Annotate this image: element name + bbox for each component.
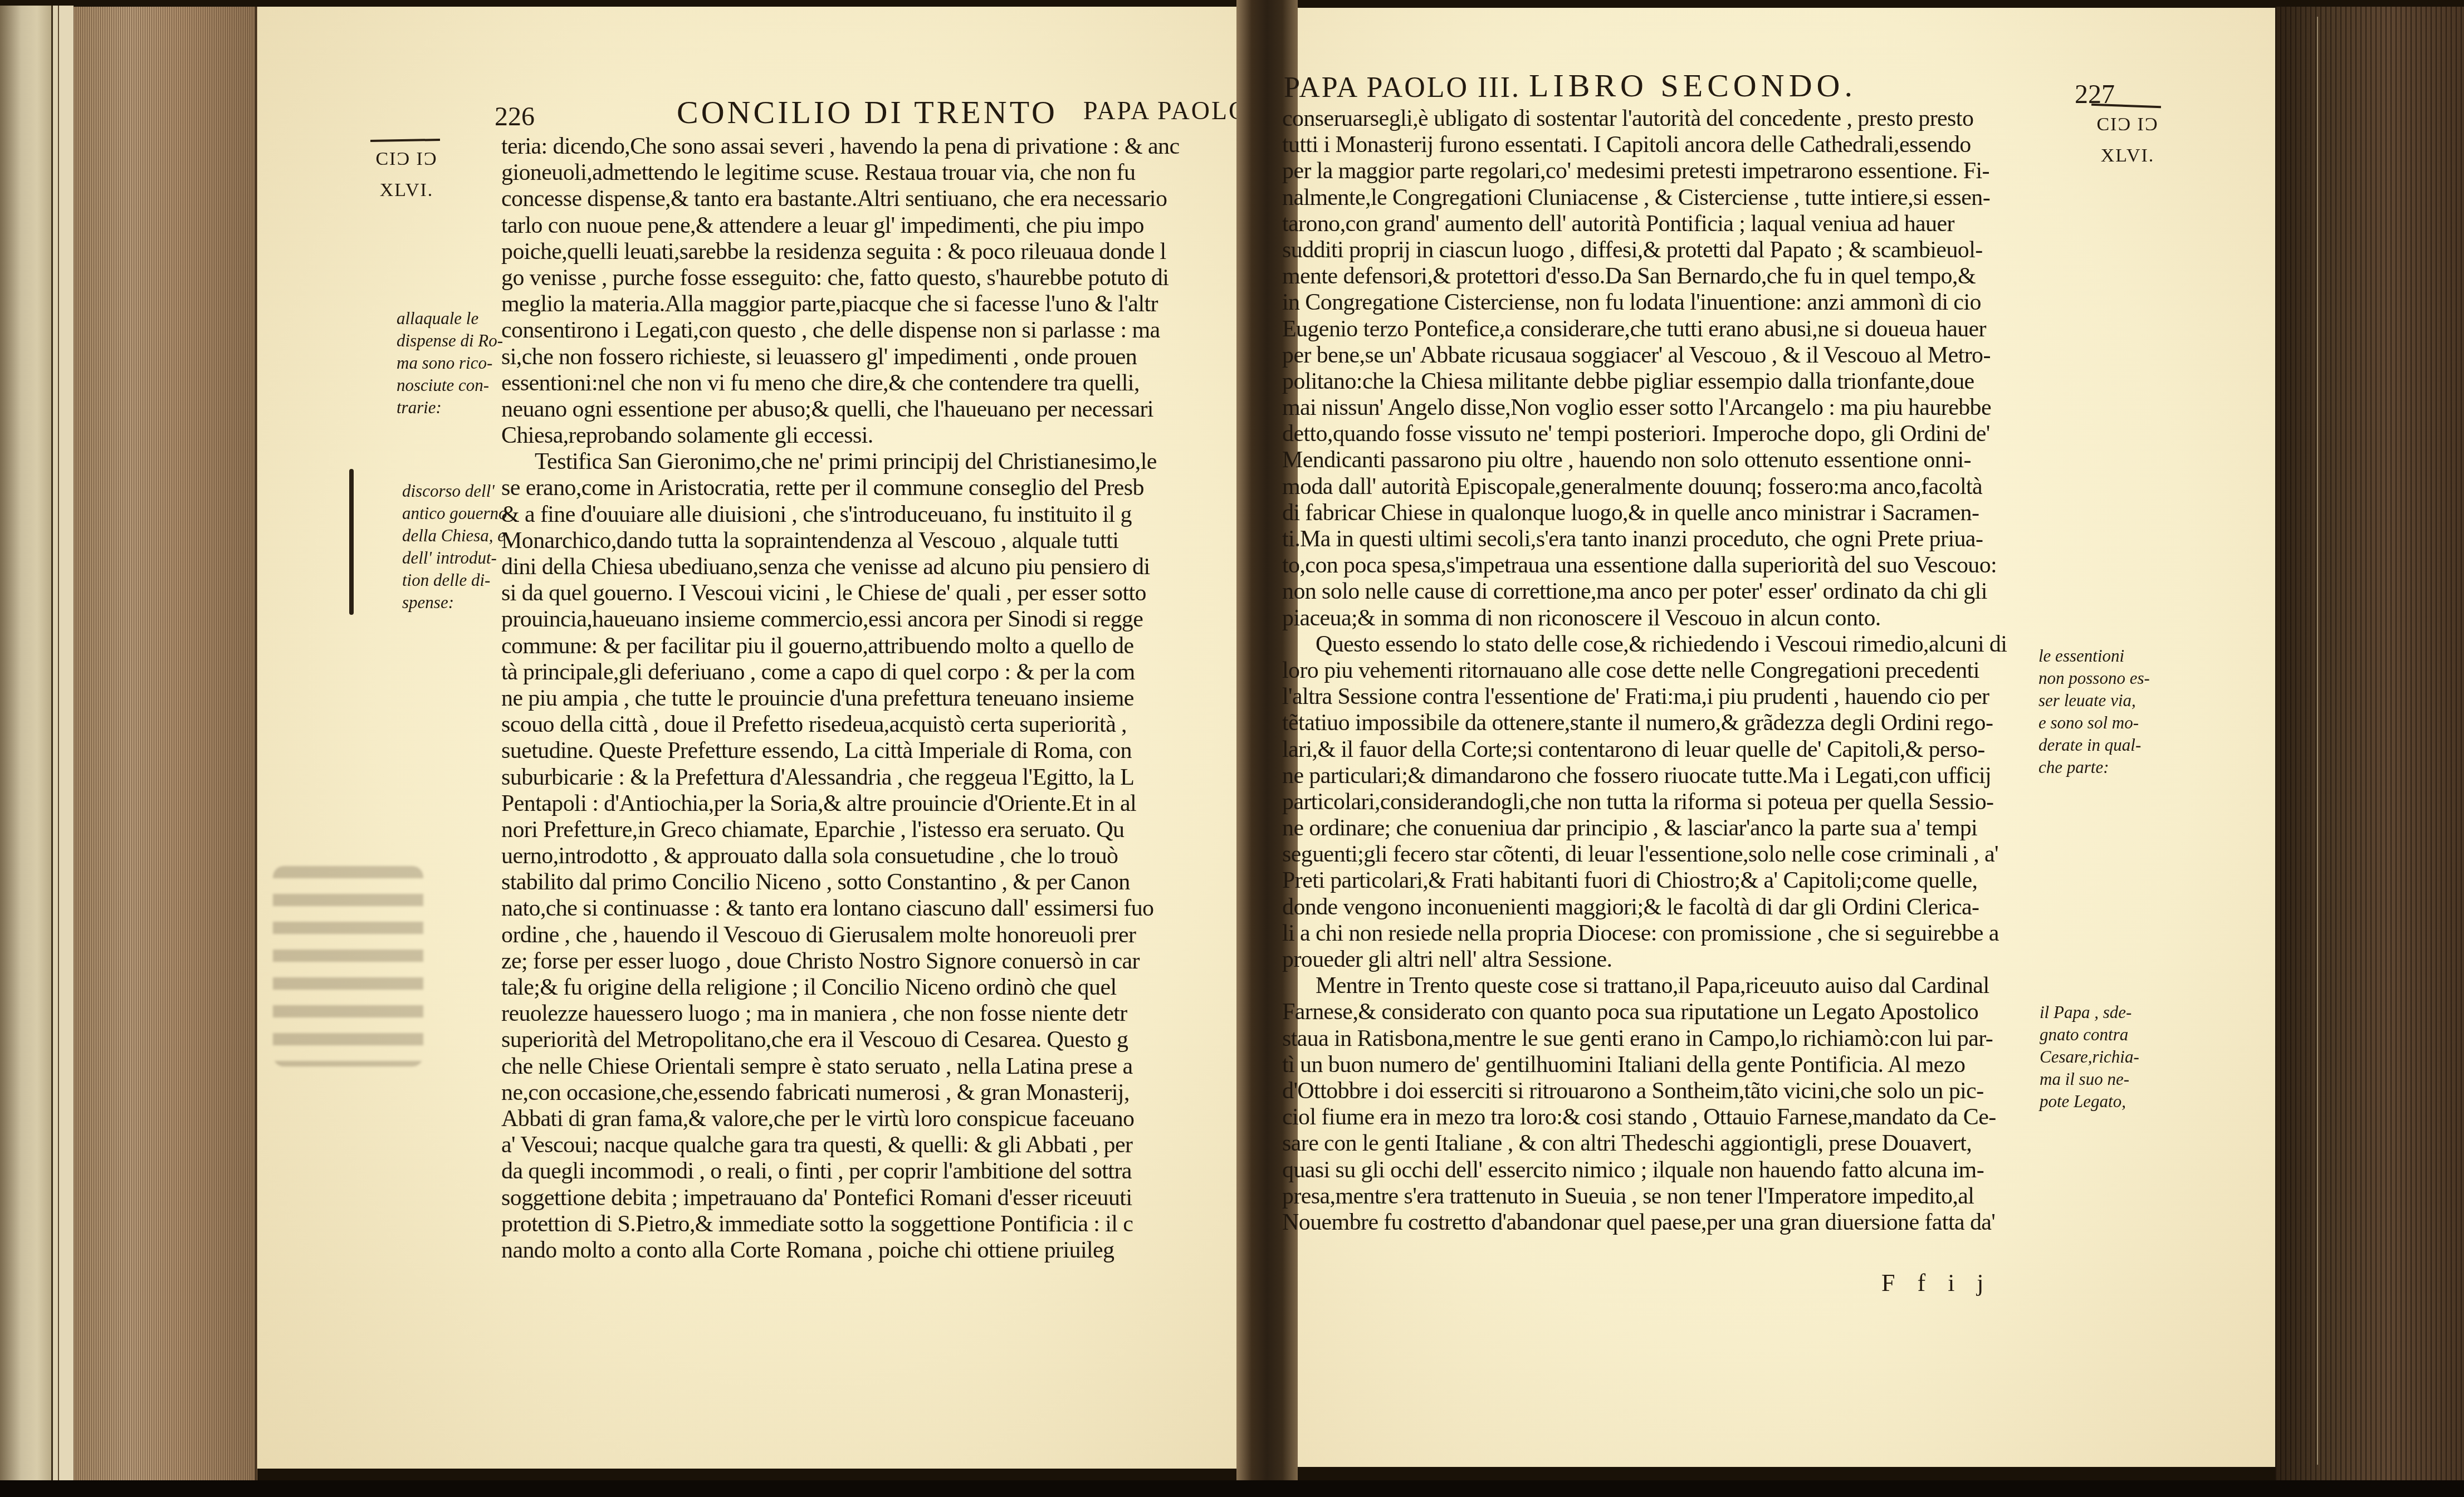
text-line: superiorità del Metropolitano,che era il…	[501, 1027, 1238, 1053]
signature-number: ij	[1948, 1269, 2006, 1297]
right-body-text: conseruarsegli,è ubligato di sostentar l…	[1282, 106, 2046, 1236]
text-line: & a fine d'ouuiare alle diuisioni , che …	[501, 502, 1238, 528]
text-line: si,che non fossero richieste, si leuasse…	[501, 344, 1238, 370]
text-line: Testifica San Gieronimo,che ne' primi pr…	[501, 449, 1238, 475]
book-cover-left-rim	[51, 6, 74, 1487]
text-line: conseruarsegli,è ubligato di sostentar l…	[1282, 106, 2046, 132]
text-line: tarlo con nuoue pene,& attendere a leuar…	[501, 213, 1238, 239]
text-line: l'altra Sessione contra l'essentione de'…	[1282, 684, 2046, 710]
text-line: Mendicanti passarono piu oltre , hauendo…	[1282, 447, 2046, 473]
sidenote-line: ma il suo ne-	[2040, 1068, 2139, 1090]
text-line: go venisse , purche fosse esseguito: che…	[501, 265, 1238, 291]
left-folio: 226	[495, 101, 535, 132]
text-line: stabilito dal primo Concilio Niceno , so…	[501, 869, 1238, 896]
text-line: ze; forse per esser luogo , doue Christo…	[501, 948, 1238, 975]
text-line: meglio la materia.Alla maggior parte,pia…	[501, 291, 1238, 317]
left-running-head-title: CONCILIO DI TRENTO	[677, 94, 1058, 131]
sidenote-line: ser leuate via,	[2038, 689, 2150, 712]
sidenote-line: il Papa , sde-	[2040, 1001, 2139, 1024]
text-line: soggettione debita ; impetrauano da' Pon…	[501, 1185, 1238, 1211]
text-line: scouo della città , doue il Prefetto ris…	[501, 712, 1238, 738]
text-line: a' Vescoui; nacque qualche gara tra ques…	[501, 1132, 1238, 1158]
fore-edge-right-highlight	[2317, 17, 2318, 1465]
sidenote-line: non possono es-	[2038, 667, 2150, 689]
text-line: Eugenio terzo Pontefice,a considerare,ch…	[1282, 316, 2046, 343]
text-line: sare con le genti Italiane , & con altri…	[1282, 1131, 2046, 1157]
right-sidenote-papa-sdegnato: il Papa , sde-gnato contraCesare,richia-…	[2040, 1001, 2139, 1113]
year-roman-line-1: CIƆ IƆ	[368, 144, 446, 175]
sidenote-line: Cesare,richia-	[2040, 1046, 2139, 1068]
sidenote-line: e sono sol mo-	[2038, 712, 2150, 734]
text-line: Preti particolari,& Frati habitanti fuor…	[1282, 868, 2046, 894]
text-line: in Congregatione Cisterciense, non fu lo…	[1282, 290, 2046, 316]
text-line: tì un buon numero de' gentilhuomini Ital…	[1282, 1052, 2046, 1078]
signature-letters: Ff	[1881, 1269, 1948, 1297]
text-line: politano:che la Chiesa militante debbe p…	[1282, 369, 2046, 395]
text-line: nalmente,le Congregationi Cluniacense , …	[1282, 185, 2046, 211]
text-line: sudditi proprij in ciascun luogo , diffe…	[1282, 237, 2046, 263]
left-margin-year: CIƆ IƆ XLVI.	[368, 144, 446, 206]
text-line: concesse dispense,& tanto era bastante.A…	[501, 186, 1238, 212]
right-sidenote-essentioni: le essentioninon possono es-ser leuate v…	[2038, 645, 2150, 779]
text-line: commune: & per facilitar piu il gouerno,…	[501, 633, 1238, 659]
fore-edge-left	[74, 7, 257, 1483]
text-line: li a chi non resiede nella propria Dioce…	[1282, 921, 2046, 947]
year-roman-line-2: XLVI.	[2086, 140, 2169, 172]
left-body-text: teria: dicendo,Che sono assai severi , h…	[501, 134, 1238, 1264]
ink-offset-smudge	[273, 866, 423, 1067]
fore-edge-right	[2275, 7, 2464, 1488]
signature-mark: Ffij	[1881, 1269, 2006, 1297]
text-line: particolari,considerandogli,che non tutt…	[1282, 789, 2046, 815]
text-line: proueder gli altri nell' altra Sessione.	[1282, 947, 2046, 973]
sidenote-line: spense:	[402, 591, 507, 614]
text-line: d'Ottobbre i doi esserciti si ritrouaron…	[1282, 1078, 2046, 1104]
left-sidenote-dispense: allaquale ledispense di Ro-ma sono rico-…	[397, 307, 503, 419]
text-line: essentioni:nel che non vi fu meno che di…	[501, 370, 1238, 397]
sidenote-line: le essentioni	[2038, 645, 2150, 667]
text-line: seguenti;gli fecero star cõtenti, di leu…	[1282, 842, 2046, 868]
sidenote-line: gnato contra	[2040, 1024, 2139, 1046]
text-line: nato,che si continuasse : & tanto era lo…	[501, 896, 1238, 922]
text-line: Monarchico,dando tutta la sopraintendenz…	[501, 528, 1238, 554]
text-line: se erano,come in Aristocratia, rette per…	[501, 475, 1238, 501]
text-line: che nelle Chiese Orientali sempre è stat…	[501, 1054, 1238, 1080]
text-line: Abbati di gran fama,& valore,che per le …	[501, 1106, 1238, 1132]
text-line: gioneuoli,admettendo le legitime scuse. …	[501, 160, 1238, 186]
text-line: ti.Ma in questi ultimi secoli,s'era tant…	[1282, 526, 2046, 552]
left-sidenote-governo: discorso dell'antico gouernodella Chiesa…	[402, 480, 507, 614]
text-line: ne particulari;& dimandarono che fossero…	[1282, 763, 2046, 789]
text-line: loro piu vehementi ritornauano alle cose…	[1282, 658, 2046, 684]
text-line: si da quel gouerno. I Vescoui vicini , l…	[501, 580, 1238, 606]
text-line: poiche,quelli leuati,sarebbe la residenz…	[501, 239, 1238, 265]
sidenote-line: allaquale le	[397, 307, 503, 330]
sidenote-line: derate in qual-	[2038, 734, 2150, 756]
manuscript-marking-bar	[349, 469, 354, 615]
sidenote-line: antico gouerno	[402, 502, 507, 525]
text-line: ne ordinare; che conueniua dar principio…	[1282, 815, 2046, 842]
text-line: dini della Chiesa ubediuano,senza che ve…	[501, 554, 1238, 580]
text-line: nori Prefetture,in Greco chiamate, Eparc…	[501, 817, 1238, 843]
text-line: consentirono i Legati,con questo , che d…	[501, 317, 1238, 344]
text-line: tale;& fu origine della religione ; il C…	[501, 975, 1238, 1001]
sidenote-line: ma sono rico-	[397, 352, 503, 374]
text-line: quasi su gli occhi dell' essercito nimic…	[1282, 1157, 2046, 1183]
sidenote-line: che parte:	[2038, 756, 2150, 779]
text-line: suetudine. Queste Prefetture essendo, La…	[501, 738, 1238, 764]
right-running-head-title: LIBRO SECONDO.	[1529, 67, 1857, 104]
text-line: da quegli incommodi , o reali, o finti ,…	[501, 1158, 1238, 1185]
left-running-head-pope: PAPA PAOLO	[1083, 96, 1236, 125]
text-line: teria: dicendo,Che sono assai severi , h…	[501, 134, 1238, 160]
text-line: Questo essendo lo stato delle cose,& ric…	[1282, 632, 2046, 658]
text-line: per la maggior parte regolari,co' medesi…	[1282, 158, 2046, 184]
text-line: ne piu ampia , che tutte le prouincie d'…	[501, 686, 1238, 712]
text-line: nando molto a conto alla Corte Romana , …	[501, 1237, 1238, 1264]
text-line: non solo nelle cause di correttione,ma a…	[1282, 579, 2046, 605]
text-line: Pentapoli : d'Antiochia,per la Soria,& a…	[501, 791, 1238, 817]
text-line: prouincia,haueuano insieme commercio,ess…	[501, 606, 1238, 633]
text-line: ne,con occasione,che,essendo fabricati n…	[501, 1080, 1238, 1106]
bottom-shadow	[0, 1480, 2464, 1497]
text-line: protettion di S.Pietro,& immediate sotto…	[501, 1211, 1238, 1237]
sidenote-line: nosciute con-	[397, 374, 503, 397]
sidenote-line: della Chiesa, e	[402, 525, 507, 547]
text-line: uerno,introdotto , & approuato dalla sol…	[501, 843, 1238, 869]
right-margin-year: CIƆ IƆ XLVI.	[2086, 109, 2169, 172]
sidenote-line: dell' introdut-	[402, 547, 507, 569]
right-running-head-pope: PAPA PAOLO III.	[1284, 71, 1521, 104]
sidenote-line: dispense di Ro-	[397, 330, 503, 352]
text-line: presa,mentre s'era trattenuto in Sueuia …	[1282, 1183, 2046, 1210]
text-line: neuano ogni essentione per abuso;& quell…	[501, 397, 1238, 423]
text-line: Chiesa,reprobando solamente gli eccessi.	[501, 423, 1238, 449]
text-line: di fabricar Chiese in qualonque luogo,& …	[1282, 500, 2046, 526]
text-line: mente defensori,& protettori d'esso.Da S…	[1282, 263, 2046, 290]
text-line: Farnese,& considerato con quanto poca su…	[1282, 999, 2046, 1025]
text-line: Mentre in Trento queste cose si trattano…	[1282, 973, 2046, 999]
text-line: mai nissun' Angelo disse,Non voglio esse…	[1282, 395, 2046, 421]
sidenote-line: tion delle di-	[402, 569, 507, 591]
text-line: suburbicarie : & la Prefettura d'Alessan…	[501, 765, 1238, 791]
fore-edge-left-line	[255, 7, 257, 1483]
sidenote-line: trarie:	[397, 397, 503, 419]
text-line: reuolezze hauessero luogo ; ma in manier…	[501, 1001, 1238, 1027]
text-line: tà principale,gli deferiuano , come a ca…	[501, 659, 1238, 686]
year-roman-line-1: CIƆ IƆ	[2086, 109, 2169, 140]
text-line: per bene,se un' Abbate ricusaua soggiace…	[1282, 343, 2046, 369]
text-line: detto,quando fosse vissuto ne' tempi pos…	[1282, 421, 2046, 447]
year-roman-line-2: XLVI.	[368, 175, 446, 206]
text-line: piaceua;& in somma di non riconoscere il…	[1282, 605, 2046, 632]
text-line: tutti i Monasterij furono essentati. I C…	[1282, 132, 2046, 158]
text-line: to,con poca spesa,s'impetraua una essent…	[1282, 552, 2046, 579]
sidenote-line: pote Legato,	[2040, 1090, 2139, 1113]
text-line: Nouembre fu costretto d'abandonar quel p…	[1282, 1210, 2046, 1236]
sidenote-line: discorso dell'	[402, 480, 507, 502]
book-cover-left	[0, 6, 53, 1487]
text-line: staua in Ratisbona,mentre le sue genti e…	[1282, 1026, 2046, 1052]
text-line: donde vengono inconuenienti maggiori;& l…	[1282, 894, 2046, 921]
text-line: ciol fiume era in mezo tra loro:& cosi s…	[1282, 1104, 2046, 1131]
text-line: tẽtatiuo impossibile da ottenere,stante …	[1282, 710, 2046, 736]
text-line: ordine , che , hauendo il Vescouo di Gie…	[501, 922, 1238, 948]
text-line: lari,& il fauor della Corte;si contentar…	[1282, 737, 2046, 763]
text-line: moda dall' autorità Episcopale,generalme…	[1282, 474, 2046, 500]
text-line: tarono,con grand' aumento dell' autorità…	[1282, 211, 2046, 237]
